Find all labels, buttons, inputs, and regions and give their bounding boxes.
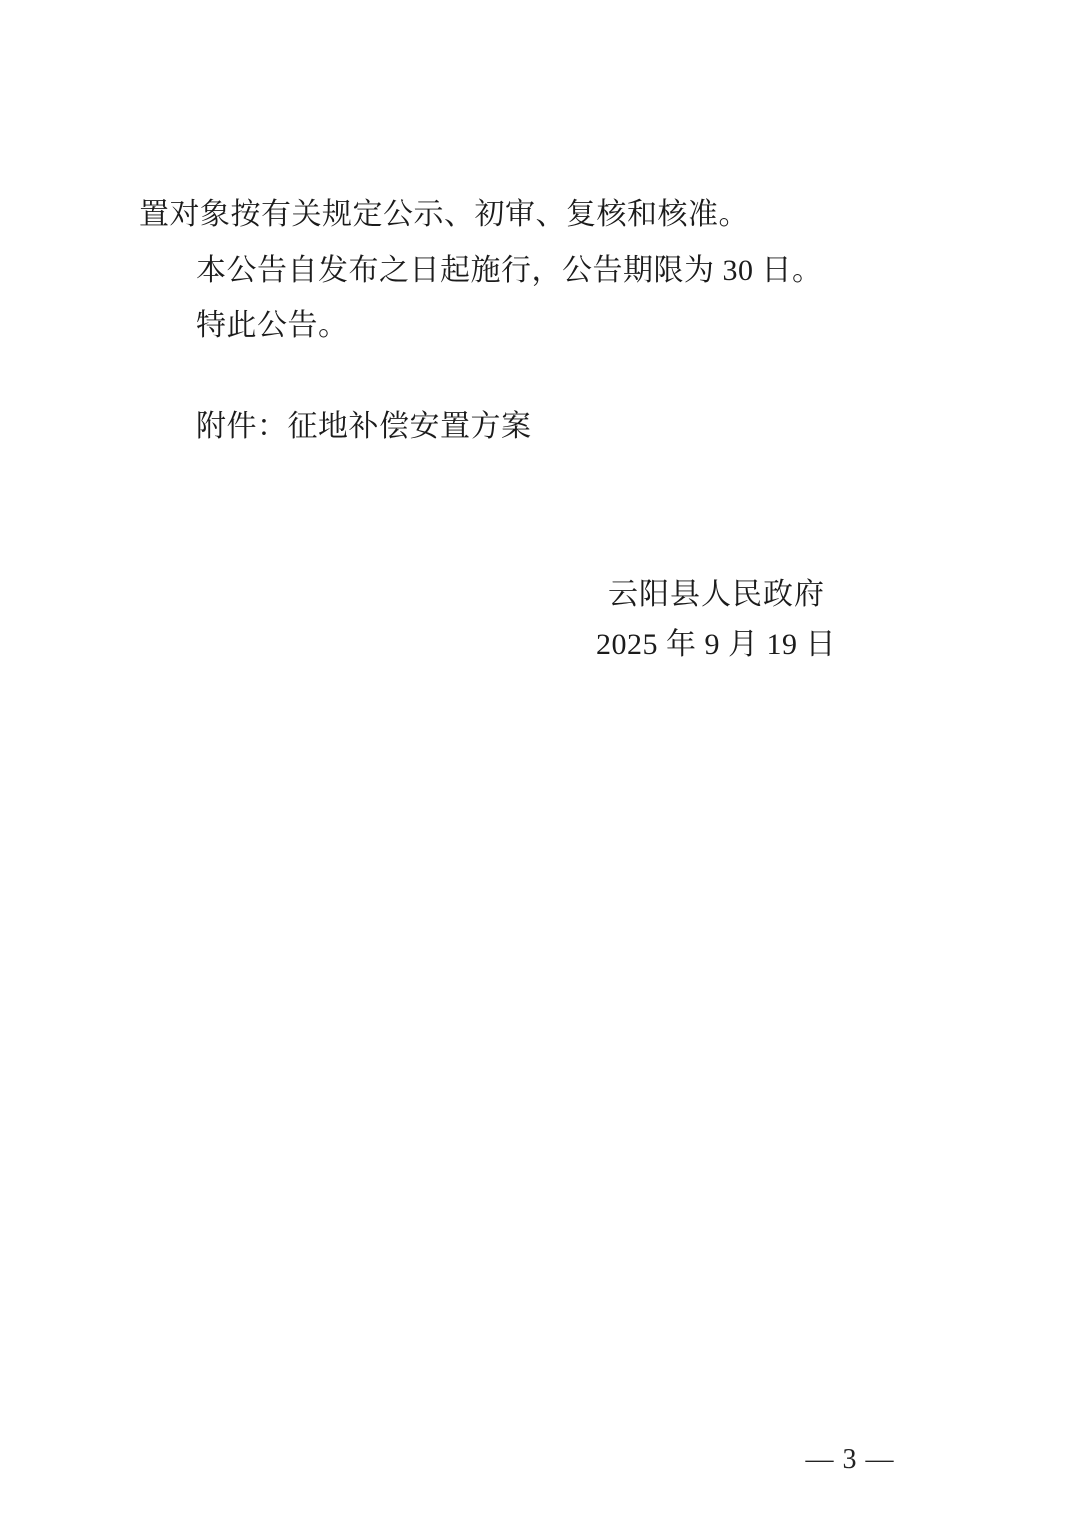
body-line-effective-period: 本公告自发布之日起施行，公告期限为 30 日。 <box>196 253 823 289</box>
issuer-name: 云阳县人民政府 <box>608 577 825 613</box>
attachment-reference: 附件：征地补偿安置方案 <box>196 409 532 445</box>
page-number: — 3 — <box>780 1443 920 1477</box>
document-page: 置对象按有关规定公示、初审、复核和核准。 本公告自发布之日起施行，公告期限为 3… <box>0 0 1074 1520</box>
body-line-hereby-announced: 特此公告。 <box>196 308 349 344</box>
body-line-approval-process: 置对象按有关规定公示、初审、复核和核准。 <box>139 197 749 233</box>
issue-date: 2025 年 9 月 19 日 <box>596 627 836 663</box>
